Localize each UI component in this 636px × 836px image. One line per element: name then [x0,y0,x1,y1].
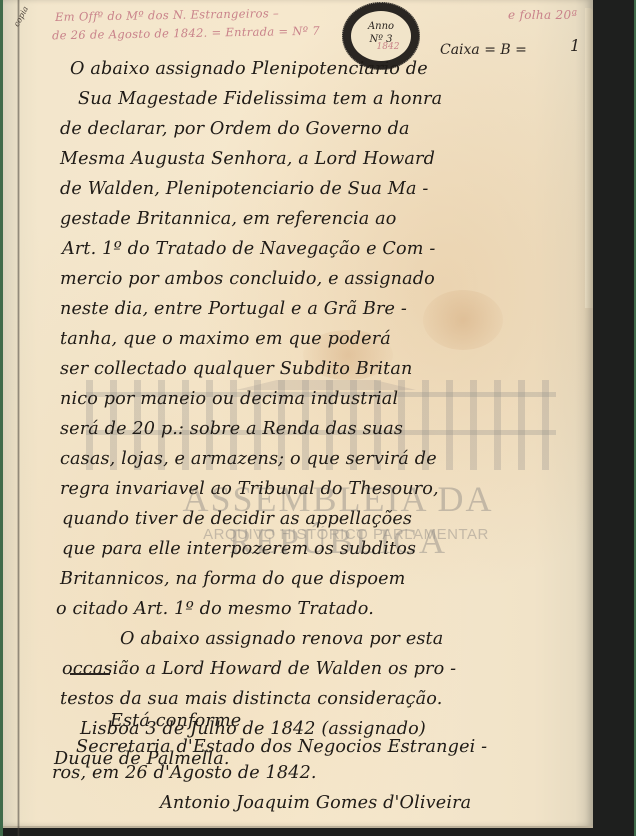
stamp-year-label: Anno [368,20,394,33]
body-line: Mesma Augusta Senhora, a Lord Howard [60,144,435,174]
body-line: nico por maneio ou decima industrial [60,384,398,414]
body-line: casas, lojas, e armazens; o que servirá … [60,444,437,474]
body-line: o citado Art. 1º do mesmo Tratado. [56,594,374,624]
page-number: 1 [570,36,580,55]
body-line: que para elle interpozerem os subditos [62,534,416,564]
body-line: ser collectado qualquer Subdito Britan [60,354,412,384]
body-line: de Walden, Plenipotenciario de Sua Ma - [60,174,428,204]
stamp-red-mark: 1842 [377,42,400,52]
body-line: occasião a Lord Howard de Walden os pro … [62,654,456,684]
box-reference: Caixa = B = [440,42,527,58]
body-line: Britannicos, na forma do que dispoem [60,564,405,594]
flourish-line [70,673,110,675]
page-edge [585,8,593,308]
body-line: neste dia, entre Portugal e a Grã Bre - [60,294,407,324]
body-line: O abaixo assignado Plenipotenciario de [70,54,428,84]
body-line: tanha, que o maximo em que poderá [60,324,391,354]
binding-fold [17,0,20,836]
body-line: mercio por ambos concluido, e assignado [60,264,435,294]
body-line: quando tiver de decidir as appellações [62,504,412,534]
certifier-signature: Antonio Joaquim Gomes d'Oliveira [160,788,471,818]
paper-stain [423,290,503,350]
folio-annotation: e folha 20ª [508,8,577,22]
certification-line: ros, em 26 d'Agosto de 1842. [52,758,317,788]
body-line: O abaixo assignado renova por esta [120,624,443,654]
body-line: Sua Magestade Fidelissima tem a honra [78,84,442,114]
body-line: gestade Britannica, em referencia ao [60,204,397,234]
body-line: de declarar, por Ordem do Governo da [60,114,410,144]
body-line: Art. 1º do Tratado de Navegação e Com - [62,234,435,264]
stamp-number: Nº 3 [370,33,393,46]
body-line: será de 20 p.: sobre a Renda das suas [60,414,403,444]
body-line: regra invariavel ao Tribunal do Thesouro… [60,474,439,504]
